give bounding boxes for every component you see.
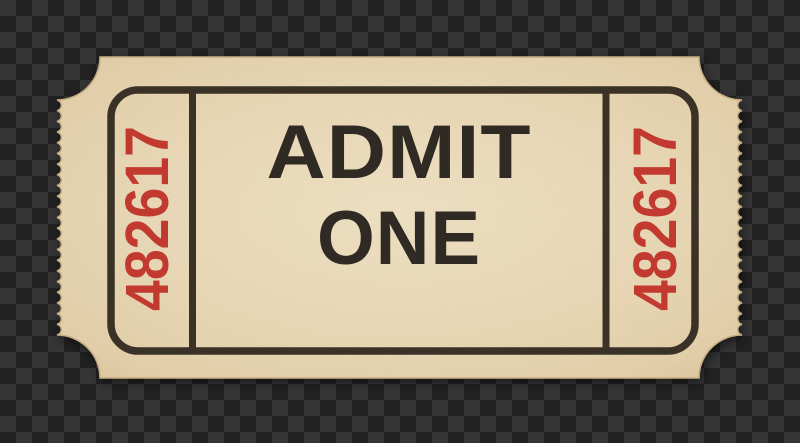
serial-number-right: 482617 bbox=[621, 126, 689, 311]
admit-text-line2: ONE bbox=[317, 196, 481, 281]
transparency-checkerboard-background: 482617 482617 ADMIT ONE bbox=[0, 0, 800, 443]
admit-one-ticket: 482617 482617 ADMIT ONE bbox=[0, 0, 800, 443]
serial-number-left: 482617 bbox=[113, 126, 181, 311]
admit-text-line1: ADMIT bbox=[267, 110, 532, 195]
